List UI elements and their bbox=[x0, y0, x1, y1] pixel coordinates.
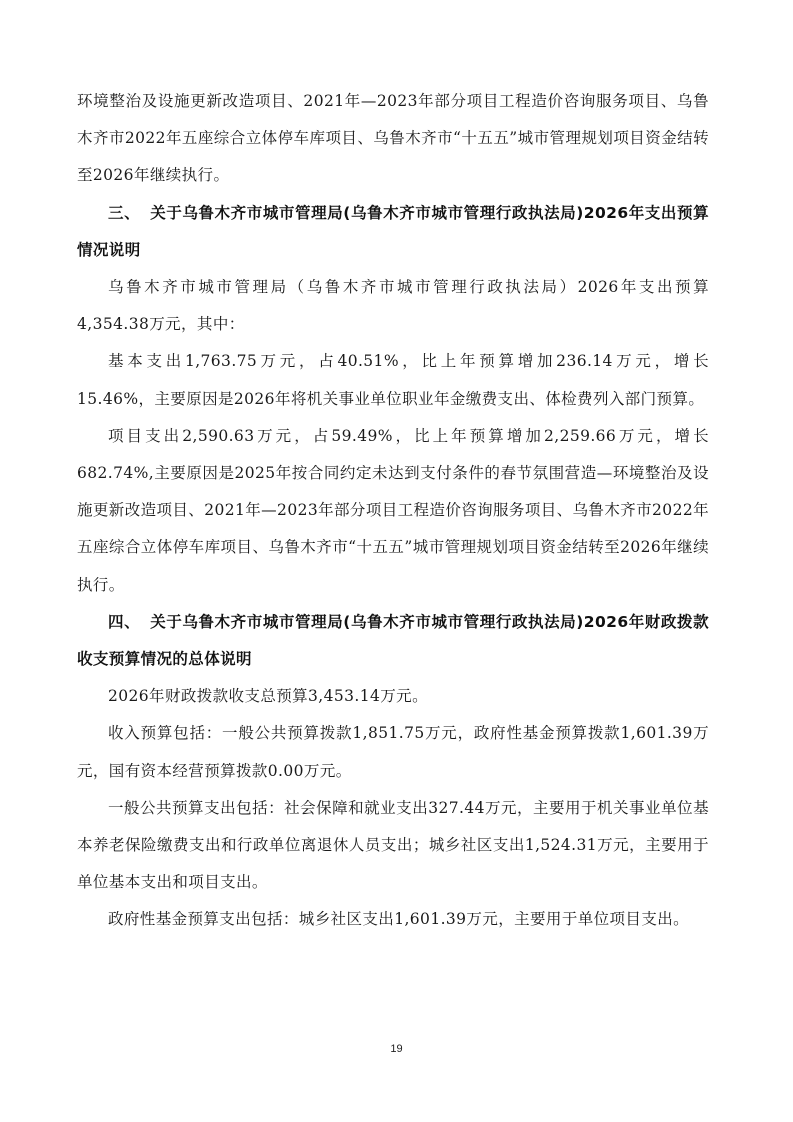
document-page: 环境整治及设施更新改造项目、2021年—2023年部分项目工程造价咨询服务项目、… bbox=[0, 0, 793, 1122]
paragraph-expenditure-total: 乌鲁木齐市城市管理局（乌鲁木齐市城市管理行政执法局）2026年支出预算4,354… bbox=[77, 269, 709, 343]
section-4-heading: 四、关于乌鲁木齐市城市管理局(乌鲁木齐市城市管理行政执法局)2026年财政拨款收… bbox=[77, 604, 709, 678]
section-3-heading: 三、关于乌鲁木齐市城市管理局(乌鲁木齐市城市管理行政执法局)2026年支出预算情… bbox=[77, 195, 709, 269]
paragraph-income-budget: 收入预算包括：一般公共预算拨款1,851.75万元，政府性基金预算拨款1,601… bbox=[77, 715, 709, 789]
paragraph-fiscal-total: 2026年财政拨款收支总预算3,453.14万元。 bbox=[77, 678, 709, 715]
section-3-number: 三、 bbox=[108, 204, 140, 222]
document-body: 环境整治及设施更新改造项目、2021年—2023年部分项目工程造价咨询服务项目、… bbox=[77, 83, 709, 939]
paragraph-basic-expenditure: 基本支出1,763.75万元，占40.51%，比上年预算增加236.14万元，增… bbox=[77, 343, 709, 417]
paragraph-carryover-continued: 环境整治及设施更新改造项目、2021年—2023年部分项目工程造价咨询服务项目、… bbox=[77, 83, 709, 195]
section-3-title: 关于乌鲁木齐市城市管理局(乌鲁木齐市城市管理行政执法局)2026年支出预算情况说… bbox=[77, 204, 709, 259]
section-4-number: 四、 bbox=[108, 613, 140, 631]
paragraph-government-fund-expenditure: 政府性基金预算支出包括：城乡社区支出1,601.39万元，主要用于单位项目支出。 bbox=[77, 901, 709, 938]
paragraph-project-expenditure: 项目支出2,590.63万元，占59.49%，比上年预算增加2,259.66万元… bbox=[77, 418, 709, 604]
section-4-title: 关于乌鲁木齐市城市管理局(乌鲁木齐市城市管理行政执法局)2026年财政拨款收支预… bbox=[77, 613, 709, 668]
paragraph-general-public-expenditure: 一般公共预算支出包括：社会保障和就业支出327.44万元，主要用于机关事业单位基… bbox=[77, 790, 709, 902]
page-number: 19 bbox=[0, 1043, 793, 1055]
